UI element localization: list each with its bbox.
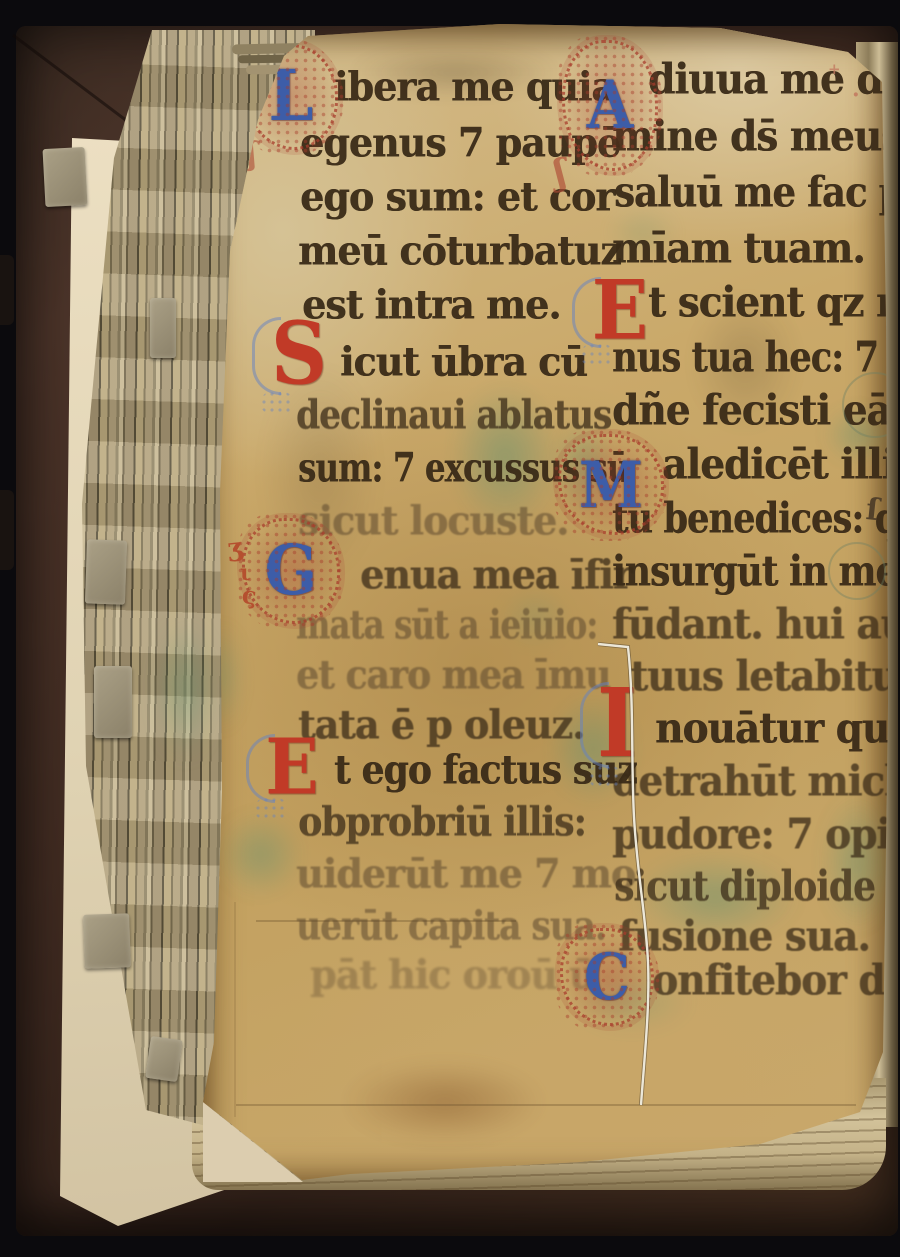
text-line: enua mea īfir: [360, 550, 632, 598]
stack-green-stain: [156, 620, 214, 760]
clasp-shadow: [0, 490, 14, 570]
text-line: declinaui ablatus: [296, 390, 611, 438]
margin-mark: ς: [241, 580, 258, 610]
text-line: t scient qz ma: [648, 278, 900, 327]
initial-letter: E: [592, 270, 648, 351]
illuminated-initial-S: S: [268, 310, 330, 400]
text-line: icut ūbra cū: [340, 337, 587, 385]
text-line: onfitebor dño: [652, 956, 900, 1005]
text-line: fusione sua.: [618, 912, 870, 961]
text-line: ego sum: et cor: [300, 172, 614, 220]
page-tab: [43, 147, 88, 207]
page-tab: [85, 539, 127, 604]
illuminated-initial-I: I: [596, 674, 638, 774]
initial-letter: E: [265, 729, 318, 806]
margin-mark: +: [828, 60, 841, 78]
text-line: obprobriū illis:: [298, 797, 586, 845]
initial-letter: G: [265, 537, 318, 605]
initial-letter: M: [579, 453, 643, 517]
ruling-line: [234, 902, 236, 1117]
text-line: mīam tuam.: [612, 224, 865, 273]
doodle-circle: [828, 542, 886, 600]
page-tab: [83, 913, 131, 969]
page-tab: [145, 1036, 183, 1082]
text-line: uiderūt me 7 mo: [296, 849, 635, 897]
text-line: est intra me.: [302, 280, 560, 328]
text-line: tuus letabitur.: [630, 652, 900, 701]
illuminated-initial-E: E: [588, 270, 652, 352]
initial-letter: I: [597, 677, 637, 772]
text-line: mata sūt a ieiūio:: [296, 600, 597, 648]
illuminated-initial-M: M: [558, 434, 664, 535]
initial-letter: C: [584, 945, 630, 1009]
margin-mark: ·: [852, 82, 860, 108]
text-line: meū cōturbatuz: [298, 226, 621, 274]
text-line: pudore: 7 opiāt: [612, 810, 900, 859]
illuminated-initial-A: A: [562, 40, 658, 171]
initial-letter: S: [271, 312, 327, 398]
green-stain: [218, 812, 303, 897]
text-line: fūdant. hui aut̄: [612, 600, 900, 649]
page-tab: [94, 666, 132, 738]
text-line: aledicēt illi 7: [662, 440, 900, 489]
manuscript-page: ibera me quiaegenus 7 paupēego sum: et c…: [200, 22, 890, 1186]
text-line: saluū me fac ppt̄: [614, 168, 900, 217]
text-line: pāt hic oroū ū: [310, 950, 596, 998]
text-line: sicut locuste.: [298, 496, 568, 544]
brown-stain: [345, 1062, 545, 1142]
text-line: sicut diploide 9: [614, 862, 900, 911]
text-line: nus tua hec: 7 tu: [612, 333, 900, 382]
illuminated-initial-C: C: [560, 928, 654, 1026]
illuminated-initial-G: G: [242, 518, 340, 624]
text-line: detrahūt michi: [612, 757, 900, 806]
text-line: nouātur qui: [655, 704, 900, 753]
illuminated-initial-E: E: [262, 728, 322, 806]
page-tab: [150, 298, 176, 358]
clasp-shadow: [0, 255, 14, 325]
ruling-line: [236, 1104, 856, 1106]
text-line: tata ē p oleuz.: [298, 700, 584, 748]
initial-letter: A: [587, 73, 634, 139]
text-line: et caro mea īmu: [296, 650, 610, 698]
manuscript-photo: ibera me quiaegenus 7 paupēego sum: et c…: [0, 0, 900, 1257]
